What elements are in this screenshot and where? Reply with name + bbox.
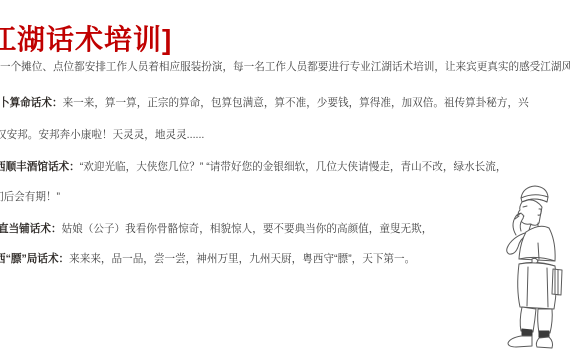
fortune-telling-header: 卜算命话术： bbox=[0, 97, 63, 109]
pawnshop-line: 直当铺话术：姑娘（公子）我看你骨骼惊奇，相貌惊人，要不要典当你的高颜值，童叟无欺… bbox=[0, 222, 432, 236]
tavern-line-2: 们后会有期！” bbox=[0, 190, 60, 204]
slide-canvas: 江湖话术培训] 一个摊位、点位都安排工作人员着相应服装扮演，每一名工作人员都要进… bbox=[0, 0, 570, 360]
fortune-telling-line-1: 卜算命话术：来一来，算一算，正宗的算命，包算包满意，算不准，少要钱，算得准，加双… bbox=[0, 96, 529, 110]
fortune-telling-text-2: 汉安邦。安邦奔小康啦！天灵灵，地灵灵...... bbox=[0, 129, 204, 141]
intro-text: 一个摊位、点位都安排工作人员着相应服装扮演，每一名工作人员都要进行专业江湖话术培… bbox=[0, 61, 570, 73]
pawnshop-header: 直当铺话术： bbox=[0, 223, 62, 235]
biaoju-line: 西“膘”局话术：来来来，品一品，尝一尝，神州万里，九州天厨，粤西守“膘”，天下第… bbox=[0, 252, 415, 266]
pawnshop-text: 姑娘（公子）我看你骨骼惊奇，相貌惊人，要不要典当你的高颜值，童叟无欺， bbox=[62, 223, 433, 235]
page-title: 江湖话术培训] bbox=[0, 18, 172, 58]
street-vendor-illustration bbox=[492, 183, 570, 353]
tavern-text: “欢迎光临，大侠您几位？” “请带好您的金银细软，几位大侠请慢走，青山不改，绿水… bbox=[80, 161, 507, 173]
fortune-telling-text: 来一来，算一算，正宗的算命，包算包满意，算不准，少要钱，算得准，加双倍。祖传算卦… bbox=[63, 97, 529, 109]
tavern-text-2: 们后会有期！” bbox=[0, 191, 60, 203]
tavern-line-1: 西顺丰酒馆话术：“欢迎光临，大侠您几位？” “请带好您的金银细软，几位大侠请慢走… bbox=[0, 160, 506, 174]
street-vendor-sketch bbox=[492, 183, 570, 353]
biaoju-header: 西“膘”局话术： bbox=[0, 253, 69, 265]
tavern-header: 西顺丰酒馆话术： bbox=[0, 161, 80, 173]
intro-paragraph: 一个摊位、点位都安排工作人员着相应服装扮演，每一名工作人员都要进行专业江湖话术培… bbox=[0, 60, 570, 74]
biaoju-text: 来来来，品一品，尝一尝，神州万里，九州天厨，粤西守“膘”，天下第一。 bbox=[69, 253, 415, 265]
fortune-telling-line-2: 汉安邦。安邦奔小康啦！天灵灵，地灵灵...... bbox=[0, 128, 204, 142]
